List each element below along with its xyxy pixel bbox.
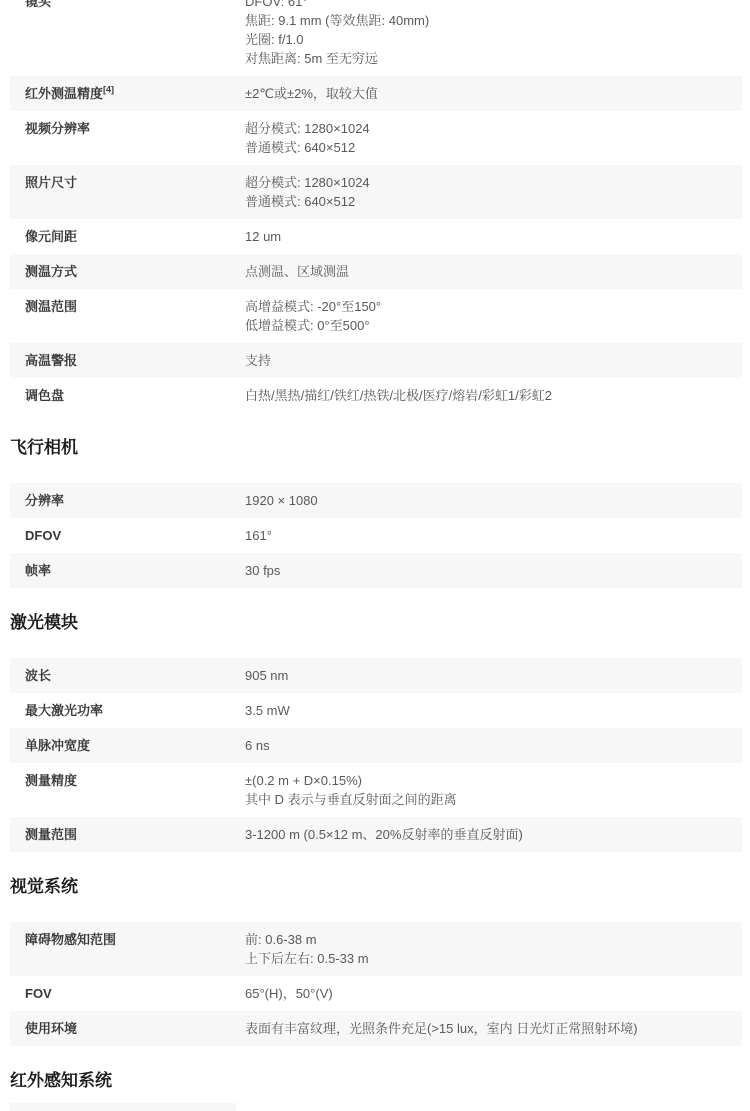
spec-value-line: 点测温、区域测温 (245, 262, 742, 281)
spec-values: 3.5 mW (245, 701, 742, 720)
spec-label: 测量精度 (10, 771, 245, 790)
spec-value-line: 上下后左右: 0.5-33 m (245, 949, 742, 968)
spec-value-line: 高增益模式: -20°至150° (245, 297, 742, 316)
spec-label-text: 使用环境 (25, 1021, 77, 1036)
spec-value-line: 3-1200 m (0.5×12 m、20%反射率的垂直反射面) (245, 825, 742, 844)
spec-label-text: 波长 (25, 668, 51, 683)
spec-label-text: 测温范围 (25, 299, 77, 314)
spec-label: 红外测温精度[4] (10, 84, 245, 103)
spec-label: 照片尺寸 (10, 173, 245, 192)
spec-values: 超分模式: 1280×1024普通模式: 640×512 (245, 119, 742, 157)
spec-label: 单脉冲宽度 (10, 736, 245, 755)
spec-value-line: 普通模式: 640×512 (245, 138, 742, 157)
spec-rows: 障碍物感知范围前: 0.6-38 m上下后左右: 0.5-33 mFOV65°(… (10, 922, 742, 1046)
spec-label: 波长 (10, 666, 245, 685)
spec-section: 视觉系统障碍物感知范围前: 0.6-38 m上下后左右: 0.5-33 mFOV… (0, 876, 750, 1046)
spec-value-line: 超分模式: 1280×1024 (245, 173, 742, 192)
spec-values: 1920 × 1080 (245, 491, 742, 510)
spec-values: 表面有丰富纹理，光照条件充足(>15 lux，室内 日光灯正常照射环境) (245, 1019, 742, 1038)
spec-value-line: 白热/黑热/描红/铁红/热铁/北极/医疗/熔岩/彩虹1/彩虹2 (245, 386, 742, 405)
spec-label-text: 高温警报 (25, 353, 77, 368)
spec-document: 镜头DFOV: 61°焦距: 9.1 mm (等效焦距: 40mm)光圈: f/… (0, 0, 750, 1111)
spec-label-text: 障碍物感知范围 (25, 932, 116, 947)
spec-label: 高温警报 (10, 351, 245, 370)
spec-value-line: 光圈: f/1.0 (245, 30, 742, 49)
spec-values: 30 fps (245, 561, 742, 580)
spec-row: 测温范围高增益模式: -20°至150°低增益模式: 0°至500° (10, 289, 742, 343)
spec-label-text: 镜头 (25, 0, 51, 9)
spec-rows: 分辨率1920 × 1080DFOV161°帧率30 fps (10, 483, 742, 588)
spec-value-line: 30 fps (245, 561, 742, 580)
spec-value-line: 超分模式: 1280×1024 (245, 119, 742, 138)
spec-label-text: 分辨率 (25, 493, 64, 508)
spec-label: 最大激光功率 (10, 701, 245, 720)
spec-value-line: 表面有丰富纹理，光照条件充足(>15 lux，室内 日光灯正常照射环境) (245, 1019, 742, 1038)
partial-row-stripe (10, 1103, 236, 1111)
spec-row: 障碍物感知范围前: 0.6-38 m上下后左右: 0.5-33 m (10, 922, 742, 976)
spec-value-line: 其中 D 表示与垂直反射面之间的距离 (245, 790, 742, 809)
spec-row: 帧率30 fps (10, 553, 742, 588)
spec-values: 支持 (245, 351, 742, 370)
spec-row: 照片尺寸超分模式: 1280×1024普通模式: 640×512 (10, 165, 742, 219)
spec-row: 像元间距12 um (10, 219, 742, 254)
spec-label: 测温范围 (10, 297, 245, 316)
spec-row: 测量范围3-1200 m (0.5×12 m、20%反射率的垂直反射面) (10, 817, 742, 852)
spec-label-text: 测量精度 (25, 773, 77, 788)
spec-row: 使用环境表面有丰富纹理，光照条件充足(>15 lux，室内 日光灯正常照射环境) (10, 1011, 742, 1046)
spec-value-line: 普通模式: 640×512 (245, 192, 742, 211)
spec-label-text: FOV (25, 986, 52, 1001)
spec-value-line: DFOV: 61° (245, 0, 742, 11)
spec-values: 点测温、区域测温 (245, 262, 742, 281)
spec-values: 12 um (245, 227, 742, 246)
spec-label: 测量范围 (10, 825, 245, 844)
spec-section: 镜头DFOV: 61°焦距: 9.1 mm (等效焦距: 40mm)光圈: f/… (0, 0, 750, 413)
spec-rows: 镜头DFOV: 61°焦距: 9.1 mm (等效焦距: 40mm)光圈: f/… (10, 0, 742, 413)
spec-row: 调色盘白热/黑热/描红/铁红/热铁/北极/医疗/熔岩/彩虹1/彩虹2 (10, 378, 742, 413)
spec-value-line: ±2℃或±2%，取较大值 (245, 84, 742, 103)
section-title: 视觉系统 (10, 876, 750, 898)
spec-values: DFOV: 61°焦距: 9.1 mm (等效焦距: 40mm)光圈: f/1.… (245, 0, 742, 68)
spec-row: FOV65°(H)，50°(V) (10, 976, 742, 1011)
spec-label: 使用环境 (10, 1019, 245, 1038)
spec-value-line: 3.5 mW (245, 701, 742, 720)
spec-values: 65°(H)，50°(V) (245, 984, 742, 1003)
section-title: 飞行相机 (10, 437, 750, 459)
spec-section: 红外感知系统 (0, 1070, 750, 1111)
spec-value-line: 对焦距离: 5m 至无穷远 (245, 49, 742, 68)
spec-label-text: 调色盘 (25, 388, 64, 403)
spec-row: 波长905 nm (10, 658, 742, 693)
spec-values: 3-1200 m (0.5×12 m、20%反射率的垂直反射面) (245, 825, 742, 844)
section-title: 激光模块 (10, 612, 750, 634)
spec-label-text: 帧率 (25, 563, 51, 578)
spec-row: 红外测温精度[4]±2℃或±2%，取较大值 (10, 76, 742, 111)
spec-value-line: 前: 0.6-38 m (245, 930, 742, 949)
footnote-marker: [4] (103, 85, 114, 95)
spec-row: 测温方式点测温、区域测温 (10, 254, 742, 289)
spec-value-line: ±(0.2 m + D×0.15%) (245, 771, 742, 790)
spec-label: 测温方式 (10, 262, 245, 281)
spec-row: 镜头DFOV: 61°焦距: 9.1 mm (等效焦距: 40mm)光圈: f/… (10, 0, 742, 76)
spec-values: 白热/黑热/描红/铁红/热铁/北极/医疗/熔岩/彩虹1/彩虹2 (245, 386, 742, 405)
spec-row: 单脉冲宽度6 ns (10, 728, 742, 763)
spec-row: 视频分辨率超分模式: 1280×1024普通模式: 640×512 (10, 111, 742, 165)
spec-label-text: 单脉冲宽度 (25, 738, 90, 753)
spec-value-line: 支持 (245, 351, 742, 370)
spec-label-text: 视频分辨率 (25, 121, 90, 136)
spec-label: 像元间距 (10, 227, 245, 246)
spec-value-line: 12 um (245, 227, 742, 246)
spec-section: 激光模块波长905 nm最大激光功率3.5 mW单脉冲宽度6 ns测量精度±(0… (0, 612, 750, 852)
spec-values: 高增益模式: -20°至150°低增益模式: 0°至500° (245, 297, 742, 335)
spec-label-text: 测量范围 (25, 827, 77, 842)
spec-row: 最大激光功率3.5 mW (10, 693, 742, 728)
spec-label-text: 测温方式 (25, 264, 77, 279)
spec-label: FOV (10, 984, 245, 1003)
spec-label: 镜头 (10, 0, 245, 11)
spec-label: 障碍物感知范围 (10, 930, 245, 949)
spec-rows: 波长905 nm最大激光功率3.5 mW单脉冲宽度6 ns测量精度±(0.2 m… (10, 658, 742, 852)
spec-values: 161° (245, 526, 742, 545)
spec-value-line: 低增益模式: 0°至500° (245, 316, 742, 335)
spec-row: DFOV161° (10, 518, 742, 553)
spec-value-line: 6 ns (245, 736, 742, 755)
spec-label-text: 最大激光功率 (25, 703, 103, 718)
spec-values: ±(0.2 m + D×0.15%)其中 D 表示与垂直反射面之间的距离 (245, 771, 742, 809)
spec-label: 分辨率 (10, 491, 245, 510)
spec-label-text: 照片尺寸 (25, 175, 77, 190)
spec-row: 测量精度±(0.2 m + D×0.15%)其中 D 表示与垂直反射面之间的距离 (10, 763, 742, 817)
spec-values: ±2℃或±2%，取较大值 (245, 84, 742, 103)
spec-values: 6 ns (245, 736, 742, 755)
spec-values: 前: 0.6-38 m上下后左右: 0.5-33 m (245, 930, 742, 968)
spec-label: 帧率 (10, 561, 245, 580)
spec-label: DFOV (10, 526, 245, 545)
spec-values: 905 nm (245, 666, 742, 685)
spec-values: 超分模式: 1280×1024普通模式: 640×512 (245, 173, 742, 211)
spec-value-line: 65°(H)，50°(V) (245, 984, 742, 1003)
spec-section: 飞行相机分辨率1920 × 1080DFOV161°帧率30 fps (0, 437, 750, 588)
spec-label-text: DFOV (25, 528, 61, 543)
spec-value-line: 905 nm (245, 666, 742, 685)
section-title: 红外感知系统 (10, 1070, 750, 1092)
spec-label: 调色盘 (10, 386, 245, 405)
spec-value-line: 1920 × 1080 (245, 491, 742, 510)
spec-value-line: 焦距: 9.1 mm (等效焦距: 40mm) (245, 11, 742, 30)
spec-label: 视频分辨率 (10, 119, 245, 138)
spec-label-text: 像元间距 (25, 229, 77, 244)
spec-value-line: 161° (245, 526, 742, 545)
spec-row: 高温警报支持 (10, 343, 742, 378)
spec-label-text: 红外测温精度 (25, 86, 103, 101)
spec-row: 分辨率1920 × 1080 (10, 483, 742, 518)
